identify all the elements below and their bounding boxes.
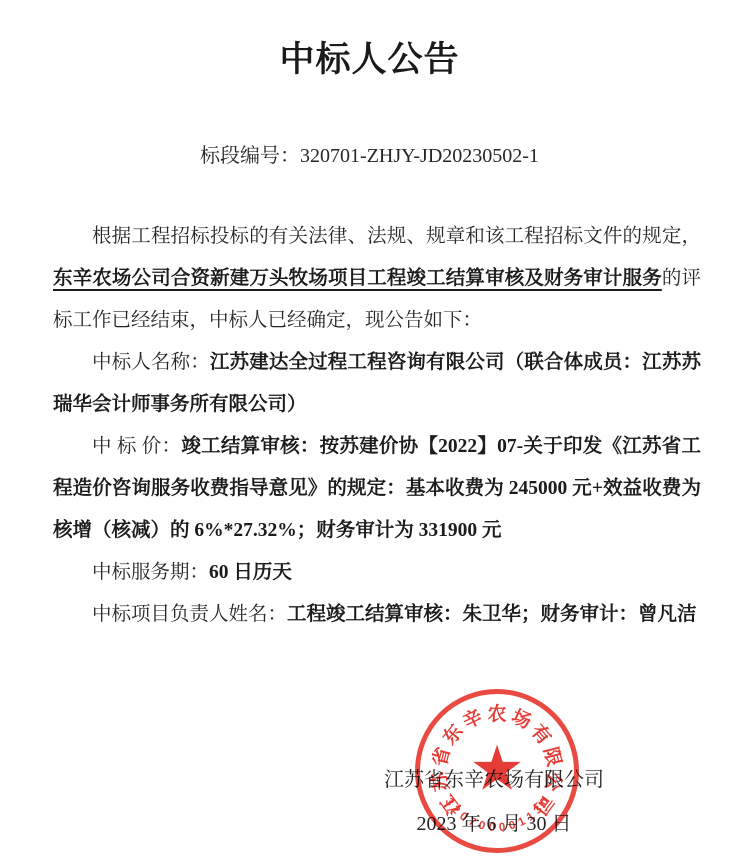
document-page: 中标人公告 标段编号：320701-ZHJY-JD20230502-1 根据工程… [0,0,739,863]
text-segment: 中标服务期： [92,562,209,583]
text-segment: 中标人名称： [92,352,210,373]
text-segment: 中 标 价： [92,436,181,457]
seal-arc-char: 省 [426,743,453,770]
star-icon: ★ [469,738,525,800]
body-paragraphs: 根据工程招标投标的有关法律、法规、规章和该工程招标文件的规定，东辛农场公司合资新… [53,216,701,636]
seal-inner: ★ 江苏省东辛农场有限公司 320700001130 [415,689,579,853]
seal-arc-char: 农 [486,701,508,723]
body-paragraph: 中标服务期：60 日历天 [53,552,701,594]
body-paragraph: 中标人名称：江苏建达全过程工程咨询有限公司（联合体成员：江苏苏瑞华会计师事务所有… [53,342,701,426]
section-number-line: 标段编号：320701-ZHJY-JD20230502-1 [0,141,739,171]
text-segment: 根据工程招标投标的有关法律、法规、规章和该工程招标文件的规定， [92,226,701,247]
text-segment: 60 日历天 [209,562,292,583]
text-segment: 工程竣工结算审核：朱卫华；财务审计：曾凡洁 [287,604,697,625]
body-paragraph: 中标项目负责人姓名：工程竣工结算审核：朱卫华；财务审计：曾凡洁 [53,594,701,636]
text-segment: 中标项目负责人姓名： [92,604,287,625]
body-paragraph: 中 标 价：竣工结算审核：按苏建价协【2022】07-关于印发《江苏省工程造价咨… [53,426,701,552]
company-seal-stamp: ★ 江苏省东辛农场有限公司 320700001130 [415,689,579,853]
body-paragraph: 根据工程招标投标的有关法律、法规、规章和该工程招标文件的规定，东辛农场公司合资新… [53,216,701,342]
page-title: 中标人公告 [0,0,739,84]
text-segment: 东辛农场公司合资新建万头牧场项目工程竣工结算审核及财务审计服务 [53,268,662,289]
seal-arc-char: 限 [541,743,568,770]
